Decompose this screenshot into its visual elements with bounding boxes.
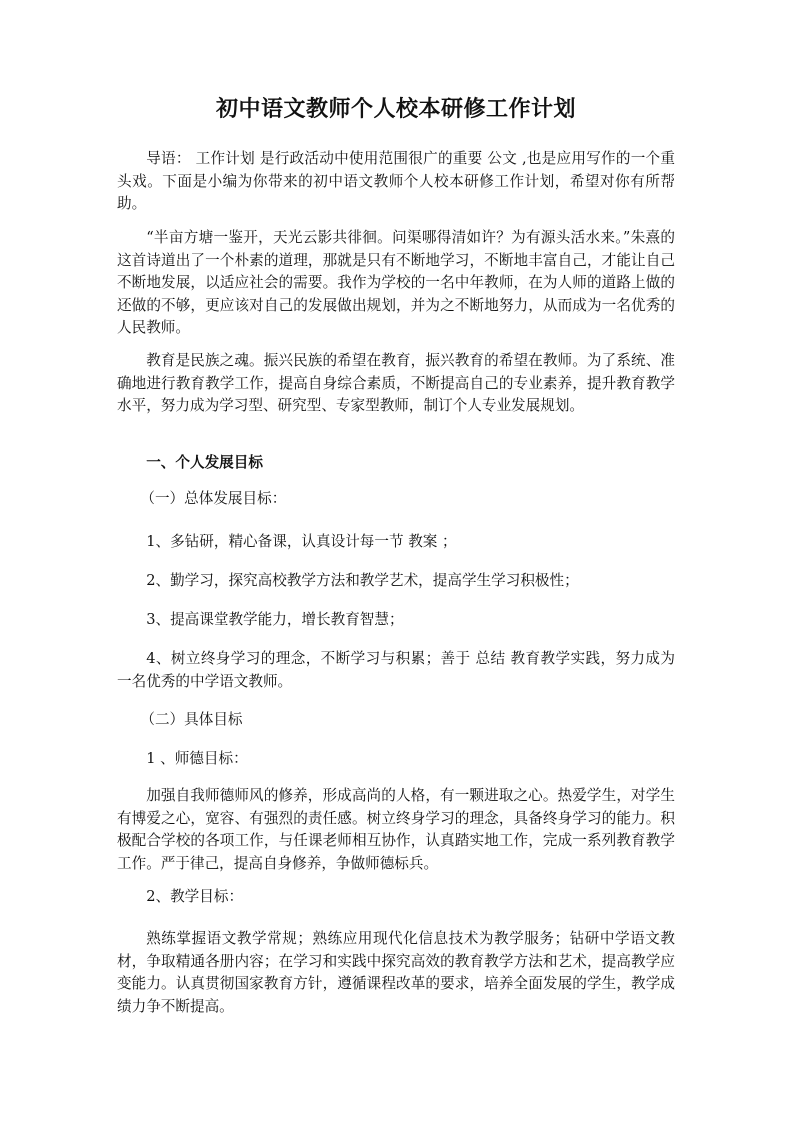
goal-item-3: 3、提高课堂教学能力，增长教育智慧； (117, 609, 704, 632)
subheading-specific-goals: （二）具体目标 (117, 709, 698, 732)
goal-item-4: 4、树立终身学习的理念，不断学习与积累；善于 总结 教育教学实践，努力成为一名优… (117, 648, 675, 693)
ethics-heading: 1 、师德目标： (117, 748, 704, 771)
goal-item-2: 2、勤学习，探究高校教学方法和教学艺术，提高学生学习积极性； (117, 570, 704, 593)
subheading-overall-goals: （一）总体发展目标： (117, 488, 698, 511)
document-title: 初中语文教师个人校本研修工作计划 (117, 92, 675, 123)
poem-paragraph: “半亩方塘一鉴开，天光云影共徘徊。问渠哪得清如许？为有源头活水来。”朱熹的这首诗… (117, 227, 675, 340)
education-paragraph: 教育是民族之魂。振兴民族的希望在教育，振兴教育的希望在教师。为了系统、准确地进行… (117, 350, 675, 418)
teaching-heading: 2、教学目标： (117, 886, 704, 909)
goal-item-1: 1、多钻研，精心备课，认真设计每一节 教案 ； (117, 531, 704, 554)
teaching-paragraph: 熟练掌握语文教学常规；熟练应用现代化信息技术为教学服务；钻研中学语文教材，争取精… (117, 928, 675, 1018)
intro-paragraph: 导语： 工作计划 是行政活动中使用范围很广的重要 公文 ,也是应用写作的一个重头… (117, 148, 675, 216)
section-heading-goals: 一、个人发展目标 (117, 452, 704, 475)
ethics-paragraph: 加强自我师德师风的修养，形成高尚的人格，有一颗进取之心。热爱学生，对学生有博爱之… (117, 785, 675, 875)
